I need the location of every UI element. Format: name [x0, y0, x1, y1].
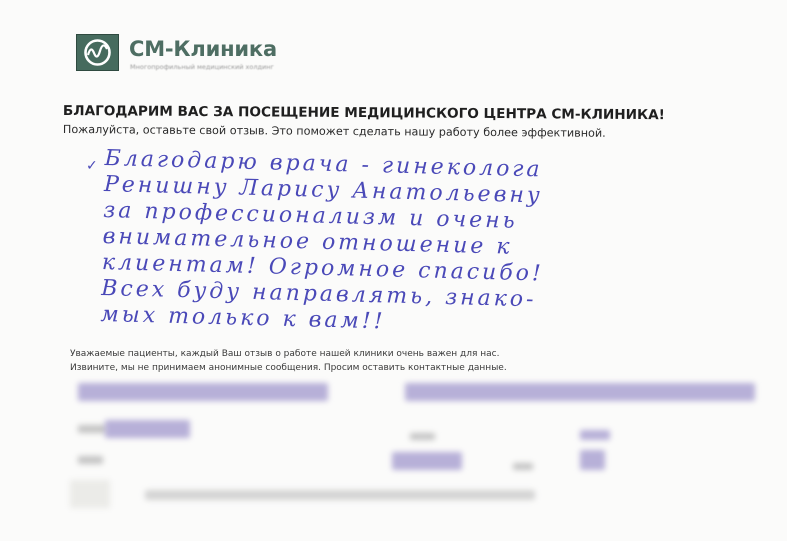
redacted-phone-field: [105, 420, 190, 438]
redacted-signature: [580, 450, 605, 470]
handwritten-feedback: Благодарю врача - гинеколога Ренишну Лар…: [100, 146, 775, 345]
redacted-label: [513, 463, 533, 470]
redacted-name-field: [78, 383, 328, 401]
clinic-logo-icon: [76, 34, 119, 71]
redacted-checkbox: [70, 480, 110, 508]
redacted-label: [78, 425, 108, 433]
note-line-2: Извините, мы не принимаем анонимные сооб…: [70, 363, 507, 373]
redacted-name-field-2: [405, 383, 755, 401]
redacted-consent-text: [145, 490, 535, 500]
form-subline: Пожалуйста, оставьте свой отзыв. Это пом…: [63, 123, 606, 140]
checkmark-icon: ✓: [86, 158, 98, 174]
redacted-date-field: [392, 452, 462, 470]
redacted-mark: [580, 430, 610, 440]
redacted-label: [410, 433, 435, 440]
form-headline: БЛАГОДАРИМ ВАС ЗА ПОСЕЩЕНИЕ МЕДИЦИНСКОГО…: [63, 103, 753, 124]
note-line-1: Уважаемые пациенты, каждый Ваш отзыв о р…: [70, 349, 499, 359]
brand-name: СМ-Клиника: [129, 37, 277, 61]
redacted-label: [78, 456, 103, 464]
brand-tagline: Многопрофильный медицинский холдинг: [130, 63, 274, 71]
